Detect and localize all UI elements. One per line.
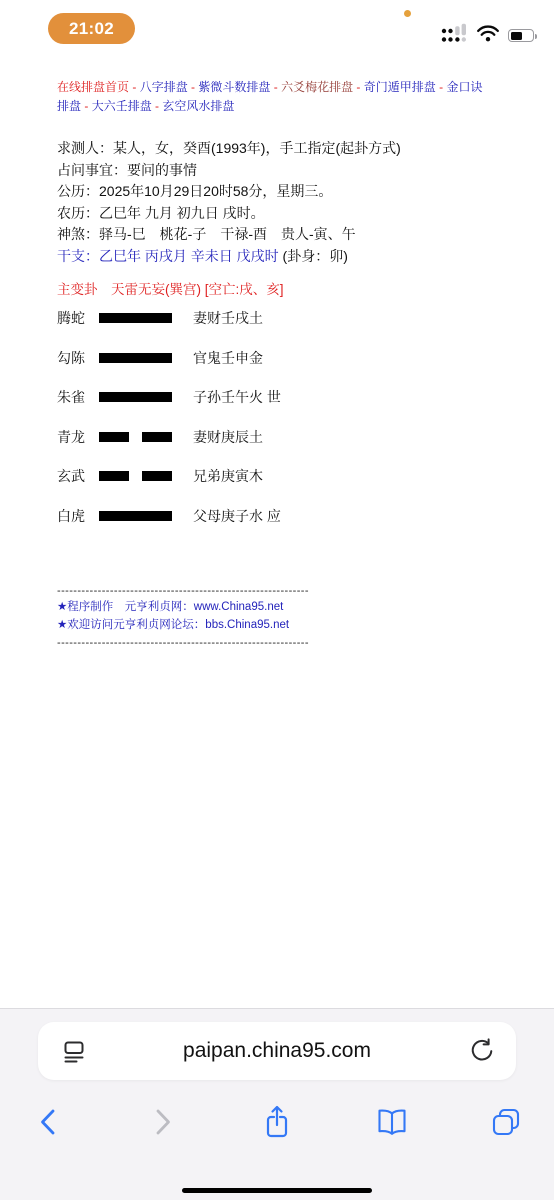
yao-label: 兄弟庚寅木 [193, 466, 263, 486]
footer: ----------------------------------------… [57, 582, 554, 650]
cellular-signal-icon [441, 23, 468, 48]
clock: 21:02 [69, 19, 114, 39]
nav-link[interactable]: 八字排盘 [140, 80, 188, 94]
six-spirit-label: 青龙 [57, 427, 99, 447]
info-line: 占问事宜：要问的事情 [57, 160, 554, 182]
time-pill[interactable]: 21:02 [48, 13, 135, 44]
footer-link-forum[interactable]: ★欢迎访问元亨利贞网论坛：bbs.China95.net [57, 616, 554, 634]
info-text: 公历：2025年10月29日20时58分，星期三。 [57, 183, 332, 199]
six-spirit-label: 腾蛇 [57, 308, 99, 328]
bookmarks-icon[interactable] [374, 1104, 410, 1140]
hexagram-row: 青龙妻财庚辰土 [57, 429, 554, 445]
footer-link-site[interactable]: ★程序制作 元亨利贞网：www.China95.net [57, 598, 554, 616]
yao-label: 官鬼壬申金 [193, 348, 263, 368]
yao-label: 妻财壬戌土 [193, 308, 263, 328]
back-icon[interactable] [30, 1104, 66, 1140]
yao-line-broken-icon [99, 432, 172, 442]
nav-link[interactable]: 六爻梅花排盘 [281, 80, 353, 94]
toolbar [0, 1093, 554, 1151]
hexagram-title: 主变卦 天雷无妄(巽宫) [空亡:戌、亥] [57, 278, 554, 298]
hexagram-row: 朱雀子孙壬午火 世 [57, 389, 554, 405]
nav-link[interactable]: 大六壬排盘 [92, 99, 152, 113]
yao-line-solid-icon [99, 313, 172, 323]
info-text: 求测人：某人，女，癸酉(1993年)，手工指定(起卦方式) [57, 140, 401, 156]
info-line: 干支：乙巳年 丙戌月 辛未日 戊戌时 (卦身：卯) [57, 246, 554, 268]
divider-dashes: ----------------------------------------… [57, 582, 325, 598]
yao-line-solid-icon [99, 511, 172, 521]
nav-separator: - [188, 80, 199, 94]
hexagram-row: 白虎父母庚子水 应 [57, 508, 554, 524]
divider-dashes: ----------------------------------------… [57, 634, 325, 650]
info-text: 干支：乙巳年 丙戌月 辛未日 戊戌时 [57, 248, 279, 264]
yao-line-broken-icon [99, 471, 172, 481]
yao-label: 子孙壬午火 世 [193, 387, 281, 407]
nav-link[interactable]: 在线排盘首页 [57, 80, 129, 94]
info-text: 农历：乙巳年 九月 初九日 戌时。 [57, 205, 265, 221]
nav-separator: - [270, 80, 281, 94]
yao-line-solid-icon [99, 392, 172, 402]
forward-icon[interactable] [145, 1104, 181, 1140]
info-line: 神煞：驿马-巳 桃花-子 干禄-酉 贵人-寅、午 [57, 224, 554, 246]
url-text[interactable]: paipan.china95.com [110, 1039, 444, 1063]
yao-line-solid-icon [99, 353, 172, 363]
mic-indicator-dot [404, 10, 411, 17]
web-content: 在线排盘首页 - 八字排盘 - 紫微斗数排盘 - 六爻梅花排盘 - 奇门遁甲排盘… [0, 54, 554, 650]
hexagram-row: 腾蛇妻财壬戌土 [57, 310, 554, 326]
iphone-screen: 21:02 [0, 0, 554, 1200]
hexagram-rows: 腾蛇妻财壬戌土勾陈官鬼壬申金朱雀子孙壬午火 世青龙妻财庚辰土玄武兄弟庚寅木白虎父… [57, 310, 554, 524]
nav-link[interactable]: 紫微斗数排盘 [198, 80, 270, 94]
six-spirit-label: 白虎 [57, 506, 99, 526]
info-section: 求测人：某人，女，癸酉(1993年)，手工指定(起卦方式)占问事宜：要问的事情公… [57, 138, 554, 267]
url-bar[interactable]: paipan.china95.com [38, 1022, 516, 1080]
nav-separator: - [353, 80, 364, 94]
info-text: 神煞：驿马-巳 桃花-子 干禄-酉 贵人-寅、午 [57, 226, 356, 242]
hexagram-row: 玄武兄弟庚寅木 [57, 468, 554, 484]
battery-icon [508, 29, 534, 42]
six-spirit-label: 勾陈 [57, 348, 99, 368]
info-line: 求测人：某人，女，癸酉(1993年)，手工指定(起卦方式) [57, 138, 554, 160]
tabs-icon[interactable] [488, 1104, 524, 1140]
refresh-icon[interactable] [444, 1038, 516, 1064]
info-line: 公历：2025年10月29日20时58分，星期三。 [57, 181, 554, 203]
home-indicator[interactable] [182, 1188, 372, 1193]
status-bar: 21:02 [0, 0, 554, 54]
nav-separator: - [81, 99, 92, 113]
six-spirit-label: 朱雀 [57, 387, 99, 407]
nav-separator: - [436, 80, 447, 94]
nav-separator: - [152, 99, 163, 113]
wifi-icon [476, 25, 500, 47]
nav-link[interactable]: 玄空风水排盘 [162, 99, 234, 113]
six-spirit-label: 玄武 [57, 466, 99, 486]
share-icon[interactable] [259, 1104, 295, 1140]
info-text: (卦身：卯) [279, 248, 348, 264]
reader-icon[interactable] [38, 1039, 110, 1064]
safari-bottom-bar: paipan.china95.com [0, 1008, 554, 1200]
nav-separator: - [129, 80, 140, 94]
info-text: 占问事宜：要问的事情 [57, 162, 197, 178]
nav-links: 在线排盘首页 - 八字排盘 - 紫微斗数排盘 - 六爻梅花排盘 - 奇门遁甲排盘… [57, 78, 487, 116]
info-line: 农历：乙巳年 九月 初九日 戌时。 [57, 203, 554, 225]
yao-label: 父母庚子水 应 [193, 506, 281, 526]
nav-link[interactable]: 奇门遁甲排盘 [364, 80, 436, 94]
hexagram-row: 勾陈官鬼壬申金 [57, 350, 554, 366]
yao-label: 妻财庚辰土 [193, 427, 263, 447]
